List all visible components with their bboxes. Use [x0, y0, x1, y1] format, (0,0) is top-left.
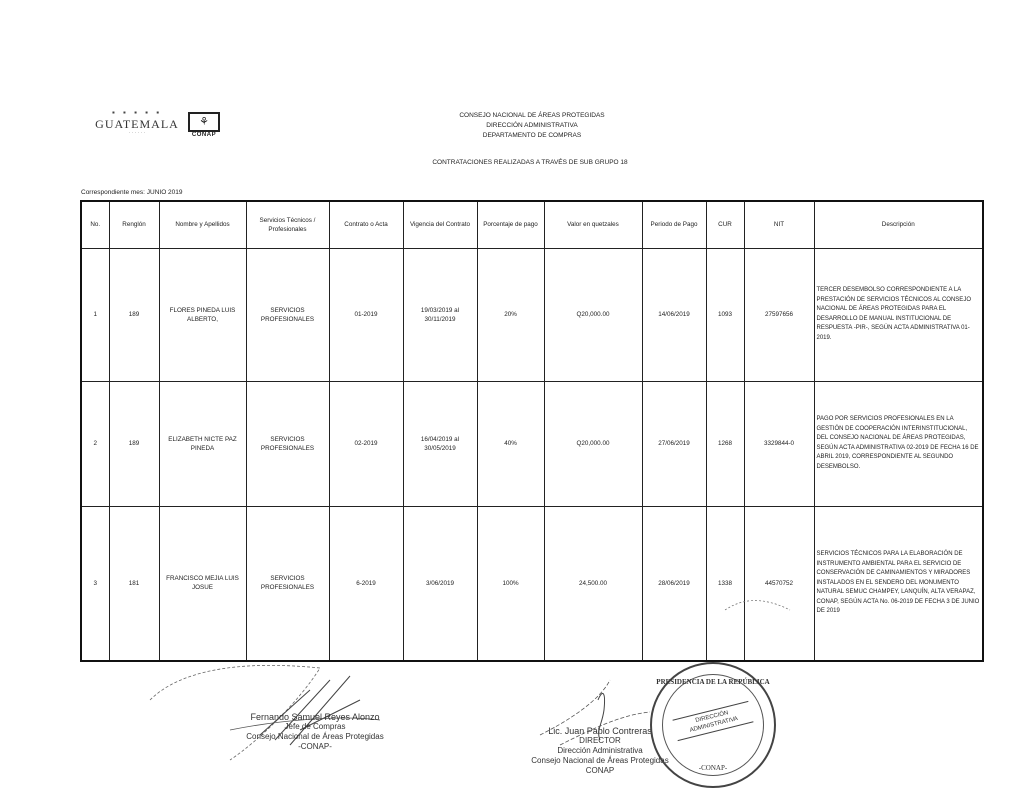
cell-nombre: ELIZABETH NICTE PAZ PINEDA [159, 381, 246, 506]
cell-renglon: 189 [109, 248, 159, 381]
cell-vigencia: 19/03/2019 al 30/11/2019 [403, 248, 477, 381]
cell-vigencia: 16/04/2019 al 30/05/2019 [403, 381, 477, 506]
cell-porcentaje: 40% [477, 381, 544, 506]
column-header: Porcentaje de pago [477, 201, 544, 248]
cell-renglon: 189 [109, 381, 159, 506]
guatemala-logo: ▪ ▪ ▪ ▪ ▪ GUATEMALA · · · · · · [92, 108, 182, 140]
signature-purchasing-chief: Fernando Samuel Reyes Alonzo Jefe de Com… [235, 712, 395, 752]
report-title: CONTRATACIONES REALIZADAS A TRAVÉS DE SU… [380, 159, 680, 166]
cell-valor: Q20,000.00 [544, 248, 642, 381]
cell-nit: 3329844-0 [744, 381, 814, 506]
directorate-name: DIRECCIÓN ADMINISTRATIVA [400, 121, 664, 131]
cell-nit: 27597656 [744, 248, 814, 381]
cell-nit: 44570752 [744, 506, 814, 661]
cell-no: 2 [81, 381, 109, 506]
signer-org-short: -CONAP- [235, 742, 395, 752]
cell-periodo: 27/06/2019 [642, 381, 706, 506]
cell-cur: 1338 [706, 506, 744, 661]
department-name: DEPARTAMENTO DE COMPRAS [400, 131, 664, 141]
table-row: 3 181 FRANCISCO MEJIA LUIS JOSUE SERVICI… [81, 506, 983, 661]
cell-nombre: FRANCISCO MEJIA LUIS JOSUE [159, 506, 246, 661]
column-header: Nombre y Apellidos [159, 201, 246, 248]
document-header: CONSEJO NACIONAL DE ÁREAS PROTEGIDAS DIR… [400, 111, 664, 141]
cell-valor: 24,500.00 [544, 506, 642, 661]
cell-descripcion: TERCER DESEMBOLSO CORRESPONDIENTE A LA P… [814, 248, 983, 381]
cell-no: 3 [81, 506, 109, 661]
cell-periodo: 14/06/2019 [642, 248, 706, 381]
table-header-row: No. Renglón Nombre y Apellidos Servicios… [81, 201, 983, 248]
signer-name: Fernando Samuel Reyes Alonzo [235, 712, 395, 722]
signer-dept: Dirección Administrativa [525, 746, 675, 756]
cell-renglon: 181 [109, 506, 159, 661]
cell-nombre: FLORES PINEDA LUIS ALBERTO, [159, 248, 246, 381]
column-header: Descripción [814, 201, 983, 248]
cell-cur: 1093 [706, 248, 744, 381]
month-label: Correspondiente mes: JUNIO 2019 [81, 189, 183, 196]
column-header: Servicios Técnicos / Profesionales [246, 201, 329, 248]
guatemala-logo-text: GUATEMALA [92, 118, 182, 130]
cell-valor: Q20,000.00 [544, 381, 642, 506]
cell-servicios: SERVICIOS PROFESIONALES [246, 381, 329, 506]
stamp-ring-text: PRESIDENCIA DE LA REPÚBLICA [652, 678, 774, 686]
cell-descripcion: SERVICIOS TÉCNICOS PARA LA ELABORACIÓN D… [814, 506, 983, 661]
table-row: 1 189 FLORES PINEDA LUIS ALBERTO, SERVIC… [81, 248, 983, 381]
signer-title: Jefe de Compras [235, 722, 395, 732]
column-header: Renglón [109, 201, 159, 248]
column-header: Vigencia del Contrato [403, 201, 477, 248]
cell-porcentaje: 100% [477, 506, 544, 661]
cell-periodo: 28/06/2019 [642, 506, 706, 661]
table-row: 2 189 ELIZABETH NICTE PAZ PINEDA SERVICI… [81, 381, 983, 506]
contracts-table: No. Renglón Nombre y Apellidos Servicios… [80, 200, 984, 662]
column-header: CUR [706, 201, 744, 248]
cell-cur: 1268 [706, 381, 744, 506]
cell-servicios: SERVICIOS PROFESIONALES [246, 248, 329, 381]
column-header: No. [81, 201, 109, 248]
cell-contrato: 02-2019 [329, 381, 403, 506]
conap-logo-text: CONAP [186, 132, 222, 138]
cell-servicios: SERVICIOS PROFESIONALES [246, 506, 329, 661]
column-header: Periodo de Pago [642, 201, 706, 248]
cell-contrato: 01-2019 [329, 248, 403, 381]
cell-descripcion: PAGO POR SERVICIOS PROFESIONALES EN LA G… [814, 381, 983, 506]
cell-no: 1 [81, 248, 109, 381]
cell-contrato: 6-2019 [329, 506, 403, 661]
stamp-bottom-text: -CONAP- [652, 764, 774, 772]
institution-name: CONSEJO NACIONAL DE ÁREAS PROTEGIDAS [400, 111, 664, 121]
signer-org: Consejo Nacional de Áreas Protegidas [235, 732, 395, 742]
column-header: Contrato o Acta [329, 201, 403, 248]
column-header: Valor en quetzales [544, 201, 642, 248]
conap-jaguar-icon: ⚘ [188, 112, 220, 132]
official-stamp: PRESIDENCIA DE LA REPÚBLICA DIRECCIÓN AD… [650, 662, 776, 788]
column-header: NIT [744, 201, 814, 248]
cell-vigencia: 3/06/2019 [403, 506, 477, 661]
conap-logo: ⚘ CONAP [186, 112, 222, 138]
cell-porcentaje: 20% [477, 248, 544, 381]
